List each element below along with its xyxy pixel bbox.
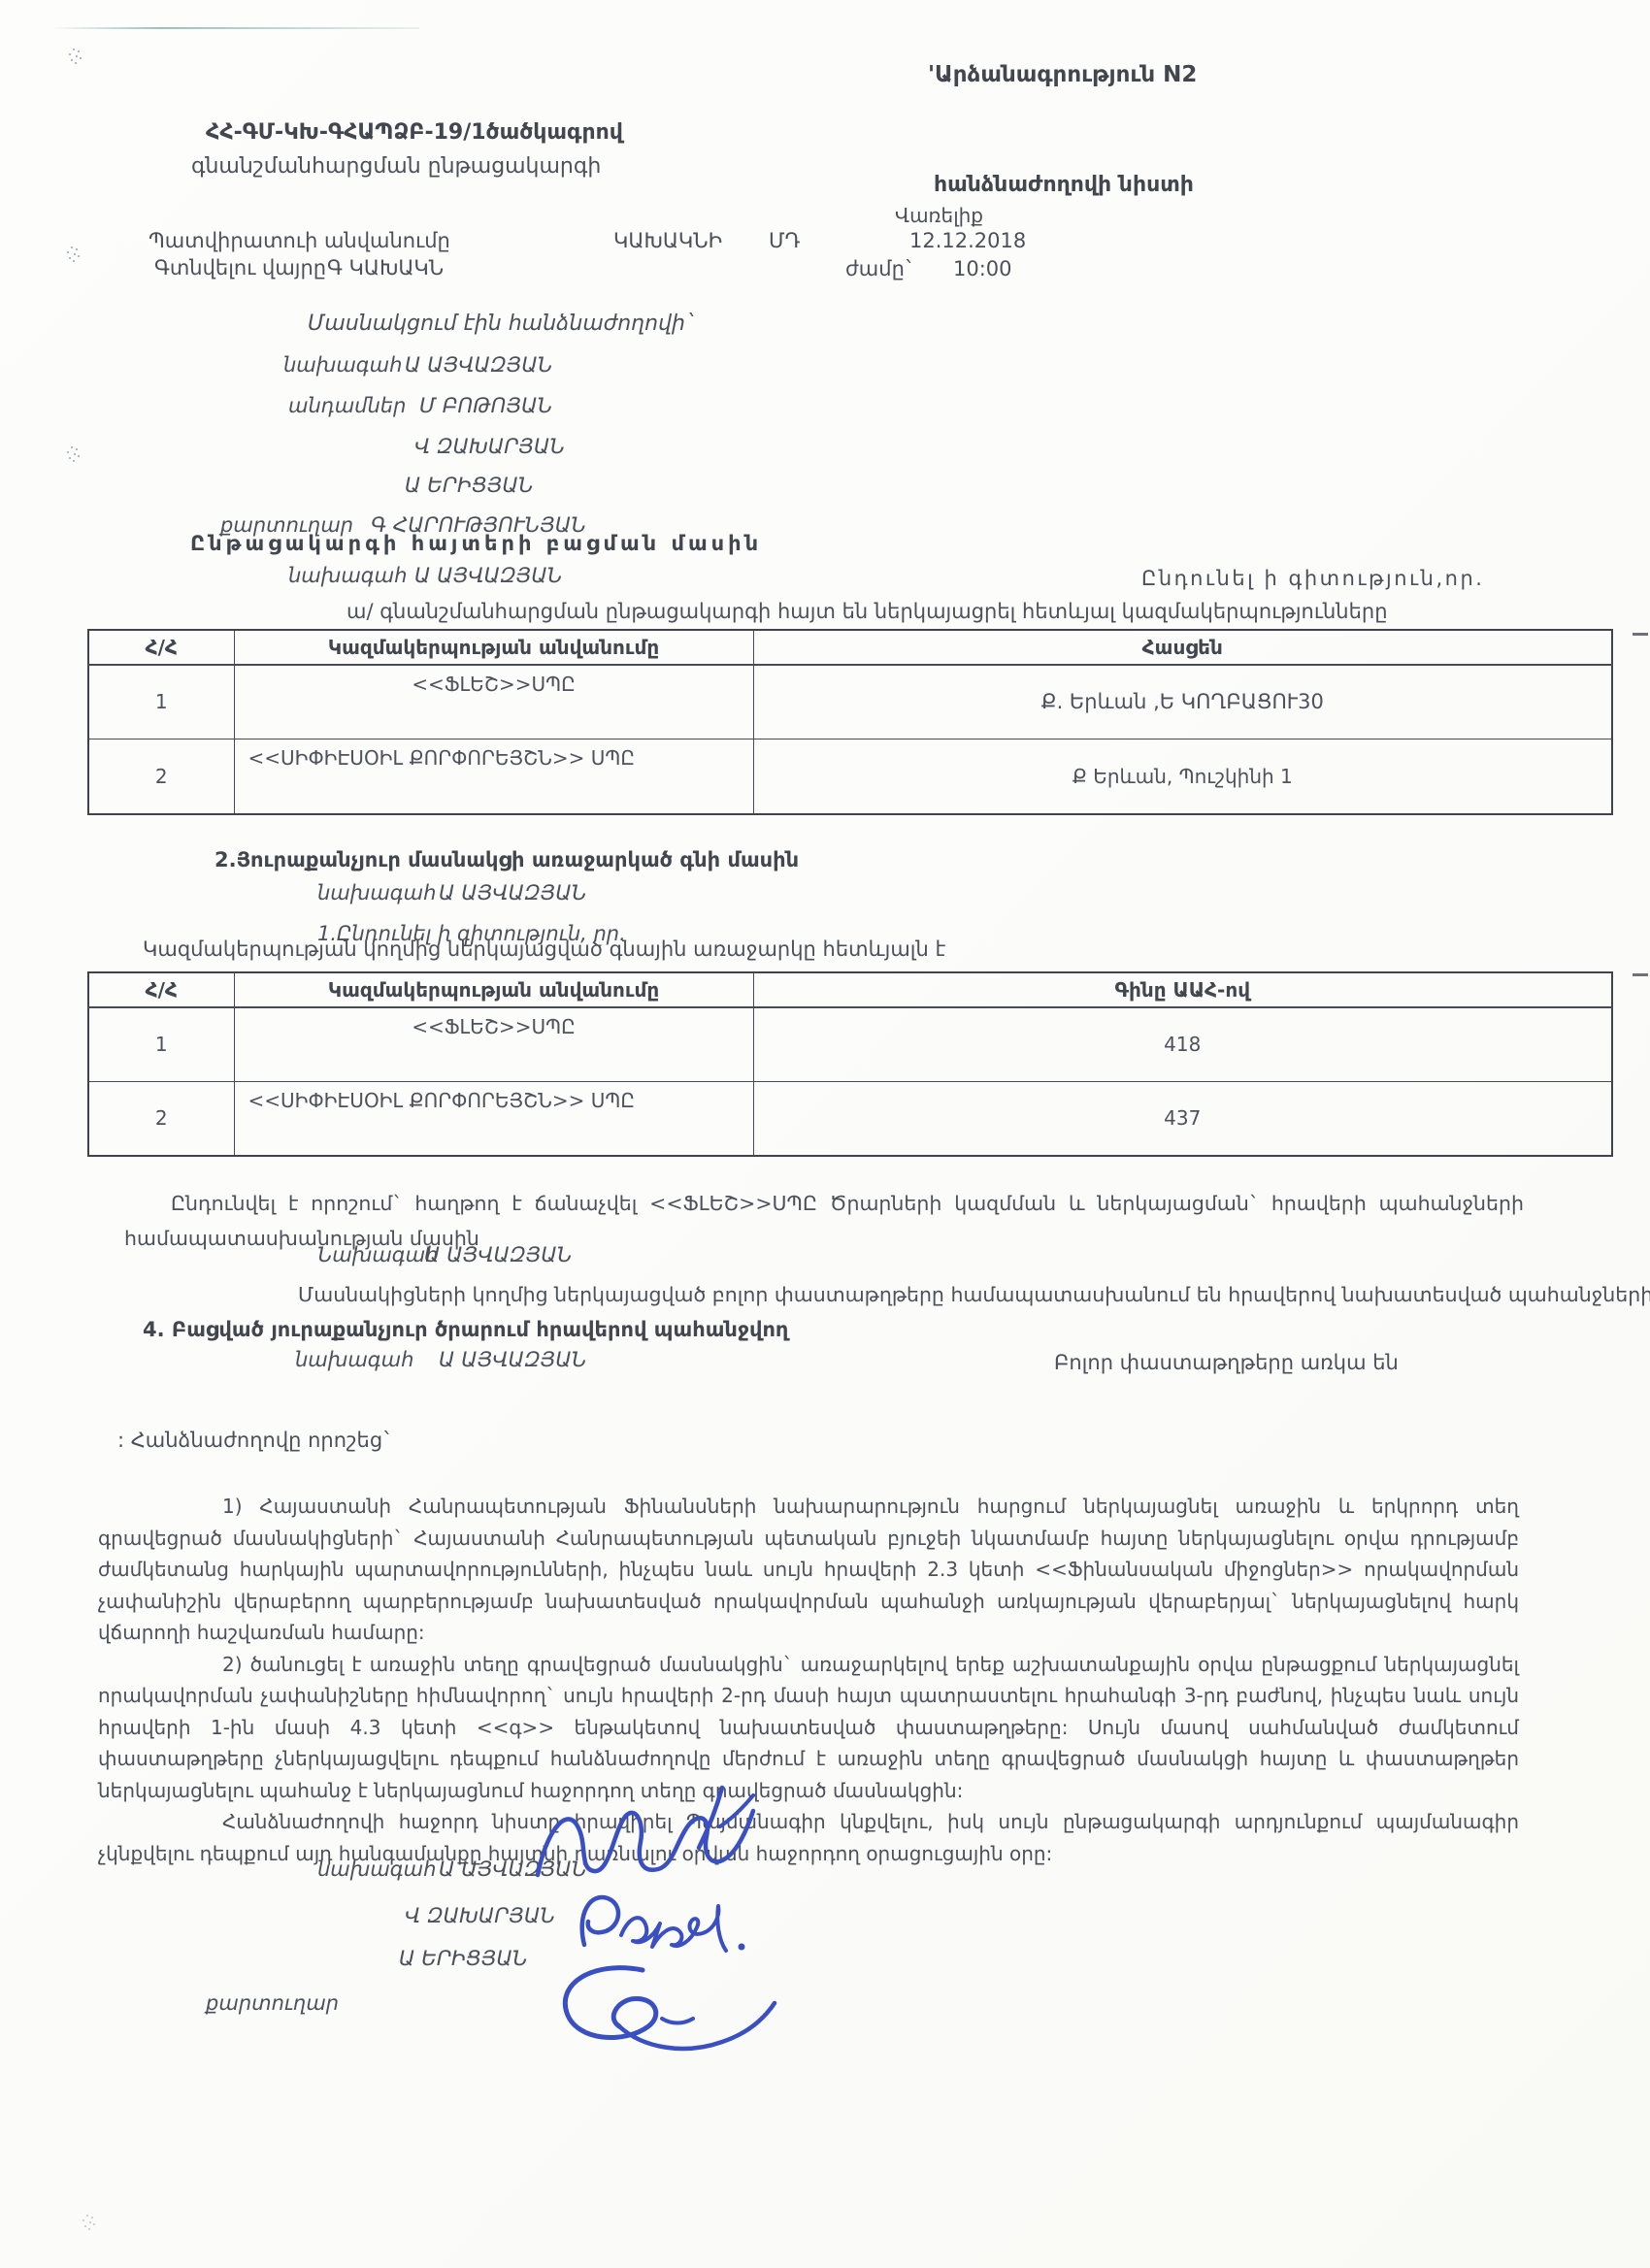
signature-ink-chairman [538, 1788, 753, 1875]
member-name: Մ ԲՈԹՈՅԱՆ [419, 394, 552, 418]
scan-speckle [66, 243, 68, 245]
organization-name: <<ՍԻՓԻԷՍՕԻԼ ՔՈՐՓՈՐԵՅՇՆ>> ՍՊԸ [234, 739, 753, 814]
bidders-address-table: Հ/Հ Կազմակերպության անվանումը Հասցեն 1 <… [87, 629, 1613, 815]
participants-intro: Մասնակցում էին հանձնաժողովի` [308, 312, 696, 336]
signature-secretary-label: քարտուղար [206, 1991, 339, 2015]
time-value: 10:00 [953, 257, 1012, 280]
organization-name: <<ՍԻՓԻԷՍՕԻԼ ՔՈՐՓՈՐԵՅՇՆ>> ՍՊԸ [234, 1081, 753, 1156]
section1-resolution-note: Ընդունել ի գիտություն,որ. [1141, 567, 1484, 590]
decision-chairman-label: Նախագահ [317, 1243, 438, 1266]
table-row: 1 <<ՖԼԵՇ>>ՍՊԸ 418 [88, 1007, 1612, 1081]
section1-title: Ընթացակարգի հայտերի բացման մասին [190, 532, 762, 555]
section1-chairman-label: նախագահ [288, 564, 407, 587]
protocol-title: 'Արձանագրություն N2 [928, 62, 1197, 87]
time-label: ժամը` [845, 257, 914, 280]
section2-intro: Կազմակերպության կողմից ներկայացված գնայի… [143, 937, 945, 961]
table-row: 2 <<ՍԻՓԻԷՍՕԻԼ ՔՈՐՓՈՐԵՅՇՆ>> ՍՊԸ Ք Երևան, … [88, 739, 1612, 814]
section4-chairman-name: Ա ԱՅՎԱԶՅԱՆ [439, 1348, 586, 1372]
documents-present-note: Բոլոր փաստաթղթերը առկա են [1054, 1351, 1399, 1374]
meeting-date: 12.12.2018 [909, 229, 1026, 252]
members-label: անդամներ [288, 394, 406, 417]
scan-speckle [66, 443, 68, 444]
scan-edge-mark [1633, 973, 1648, 976]
scanned-protocol-document: 'Արձանագրություն N2 ՀՀ-ԳՄ-ԿԽ-ԳՀԱՊՁԲ-19/1… [0, 0, 1650, 2268]
table1-header-address: Հասցեն [753, 630, 1612, 665]
resolution-item-1: 1) Հայաստանի Հանրապետության Ֆինանսների ն… [98, 1491, 1519, 1649]
signature-ink-member2 [565, 1968, 775, 2049]
compliance-statement: Մասնակիցների կողմից ներկայացված բոլոր փա… [298, 1283, 1650, 1306]
section4-chairman-label: նախագահ [295, 1348, 413, 1371]
table1-header-index: Հ/Հ [88, 630, 234, 665]
signature-member-name: Ա ԵՐԻՑՅԱՆ [399, 1947, 528, 1971]
subject-label: Վառելիք [895, 204, 983, 227]
scan-speckle [68, 45, 70, 47]
table-row: 2 <<ՍԻՓԻԷՍՕԻԼ ՔՈՐՓՈՐԵՅՇՆ>> ՍՊԸ 437 [88, 1081, 1612, 1156]
meeting-title: հանձնաժողովի նիստի [934, 173, 1194, 197]
procedure-code: ՀՀ-ԳՄ-ԿԽ-ԳՀԱՊՁԲ-19/1ծածկագրով [206, 120, 623, 145]
handwritten-signatures [524, 1778, 835, 2069]
decision-chairman-name: Ա ԱՅՎԱԶՅԱՆ [424, 1243, 572, 1267]
price-offers-table: Հ/Հ Կազմակերպության անվանումը Գինը ԱԱՀ-ո… [87, 971, 1613, 1157]
member-name: Վ ԶԱԽԱՐՅԱՆ [414, 435, 565, 459]
member-name: Ա ԵՐԻՑՅԱՆ [405, 474, 534, 498]
section2-chairman-name: Ա ԱՅՎԱԶՅԱՆ [439, 881, 586, 905]
price-value: 418 [753, 1007, 1612, 1081]
procedure-code-line2: գնանշմանհարցման ընթացակարգի [191, 154, 601, 179]
customer-label: Պատվիրատուի անվանումը [148, 229, 450, 252]
section2-title: 2.Յուրաքանչյուր մասնակցի առաջարկած գնի մ… [214, 848, 799, 871]
table-row: 1 <<ՖԼԵՇ>>ՍՊԸ Ք. Երևան ,Ե ԿՈՂԲԱՑՈՒ30 [88, 665, 1612, 739]
customer-value-2: ՄԴ [769, 229, 800, 252]
row-index: 1 [88, 1007, 234, 1081]
row-index: 2 [88, 739, 234, 814]
table2-header-organization: Կազմակերպության անվանումը [234, 972, 753, 1007]
organization-address: Ք. Երևան ,Ե ԿՈՂԲԱՑՈՒ30 [753, 665, 1612, 739]
row-index: 2 [88, 1081, 234, 1156]
price-value: 437 [753, 1081, 1612, 1156]
row-index: 1 [88, 665, 234, 739]
section4-title: 4. Բացված յուրաքանչյուր ծրարում հրավերով… [143, 1318, 788, 1341]
section1-intro: ա/ գնանշմանհարցման ընթացակարգի հայտ են ն… [346, 600, 1388, 623]
table2-header-price: Գինը ԱԱՀ-ով [753, 972, 1612, 1007]
organization-address: Ք Երևան, Պուշկինի 1 [753, 739, 1612, 814]
chairman-label: նախագահ [283, 353, 402, 377]
scan-edge-mark [1633, 633, 1648, 636]
scan-artifact-line [50, 27, 419, 29]
table2-header-index: Հ/Հ [88, 972, 234, 1007]
resolutions-intro: : Հանձնաժողովը որոշեց` [117, 1429, 393, 1452]
organization-name: <<ՖԼԵՇ>>ՍՊԸ [234, 665, 753, 739]
organization-name: <<ՖԼԵՇ>>ՍՊԸ [234, 1007, 753, 1081]
customer-value: ԿԱԽԱԿՆԻ [613, 229, 722, 252]
table1-header-organization: Կազմակերպության անվանումը [234, 630, 753, 665]
section2-chairman-label: նախագահ [317, 881, 436, 904]
scan-speckle [82, 2211, 83, 2213]
section1-chairman-name: Ա ԱՅՎԱԶՅԱՆ [414, 564, 562, 588]
signature-ink-member [582, 1897, 745, 1951]
location-value: Գ ԿԱԽԱԿՆ [327, 256, 444, 279]
chairman-name: Ա ԱՅՎԱԶՅԱՆ [405, 353, 552, 378]
location-label: Գտնվելու վայրը [154, 256, 326, 279]
signature-chairman-label: նախագահ [317, 1857, 436, 1881]
